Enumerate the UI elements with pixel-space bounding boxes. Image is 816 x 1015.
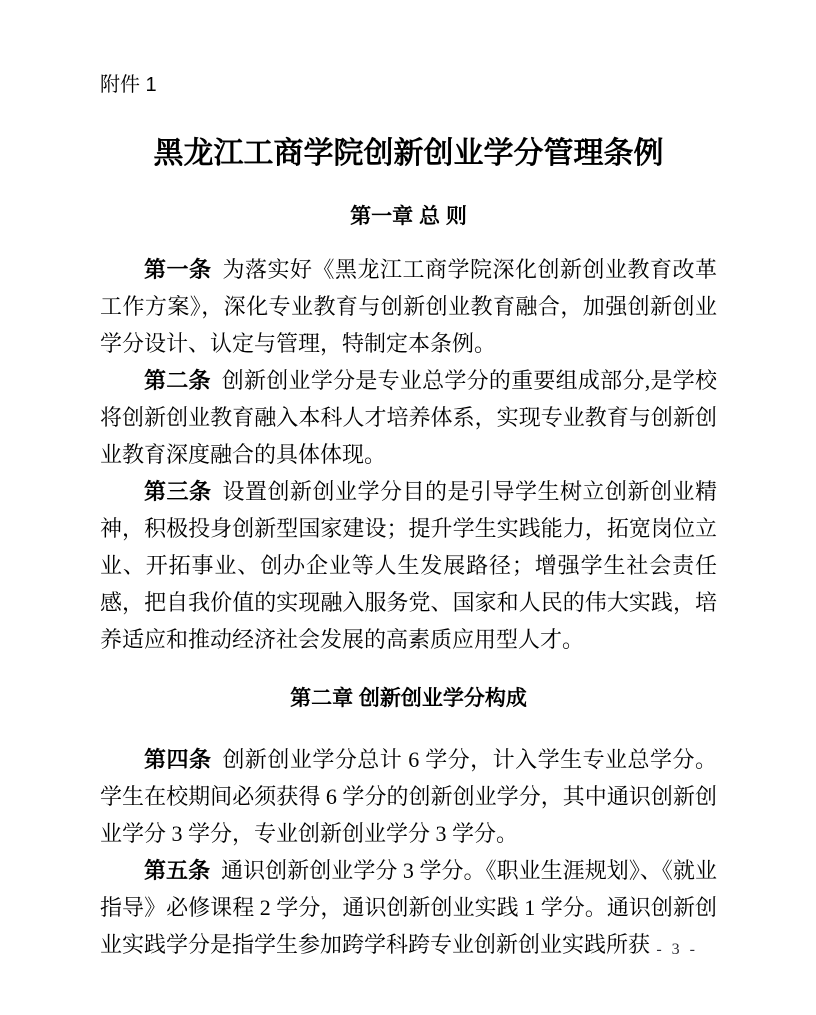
article-4-number: 第四条: [144, 747, 211, 772]
page-content: 附件 1 黑龙江工商学院创新创业学分管理条例 第一章 总 则 第一条为落实好《黑…: [100, 0, 717, 963]
attachment-label: 附件 1: [100, 72, 717, 98]
article-1-paragraph: 第一条为落实好《黑龙江工商学院深化创新创业教育改革工作方案》，深化专业教育与创新…: [100, 251, 717, 362]
article-5-number: 第五条: [144, 858, 210, 883]
article-4-paragraph: 第四条创新创业学分总计 6 学分，计入学生专业总学分。学生在校期间必须获得 6 …: [100, 741, 717, 852]
document-page: 附件 1 黑龙江工商学院创新创业学分管理条例 第一章 总 则 第一条为落实好《黑…: [0, 0, 816, 1015]
document-title: 黑龙江工商学院创新创业学分管理条例: [100, 134, 717, 174]
article-2-paragraph: 第二条创新创业学分是专业总学分的重要组成部分,是学校将创新创业教育融入本科人才培…: [100, 362, 717, 473]
article-5-paragraph: 第五条通识创新创业学分 3 学分。《职业生涯规划》、《就业指导》必修课程 2 学…: [100, 852, 717, 963]
article-3-number: 第三条: [144, 479, 212, 504]
article-1-number: 第一条: [144, 257, 212, 282]
article-3-text: 设置创新创业学分目的是引导学生树立创新创业精神，积极投身创新型国家建设；提升学生…: [100, 479, 717, 652]
chapter-2-heading: 第二章 创新创业学分构成: [100, 684, 717, 714]
page-number: - 3 -: [656, 941, 698, 959]
chapter-1-heading: 第一章 总 则: [100, 202, 717, 232]
article-2-number: 第二条: [144, 368, 211, 393]
article-3-paragraph: 第三条设置创新创业学分目的是引导学生树立创新创业精神，积极投身创新型国家建设；提…: [100, 473, 717, 658]
